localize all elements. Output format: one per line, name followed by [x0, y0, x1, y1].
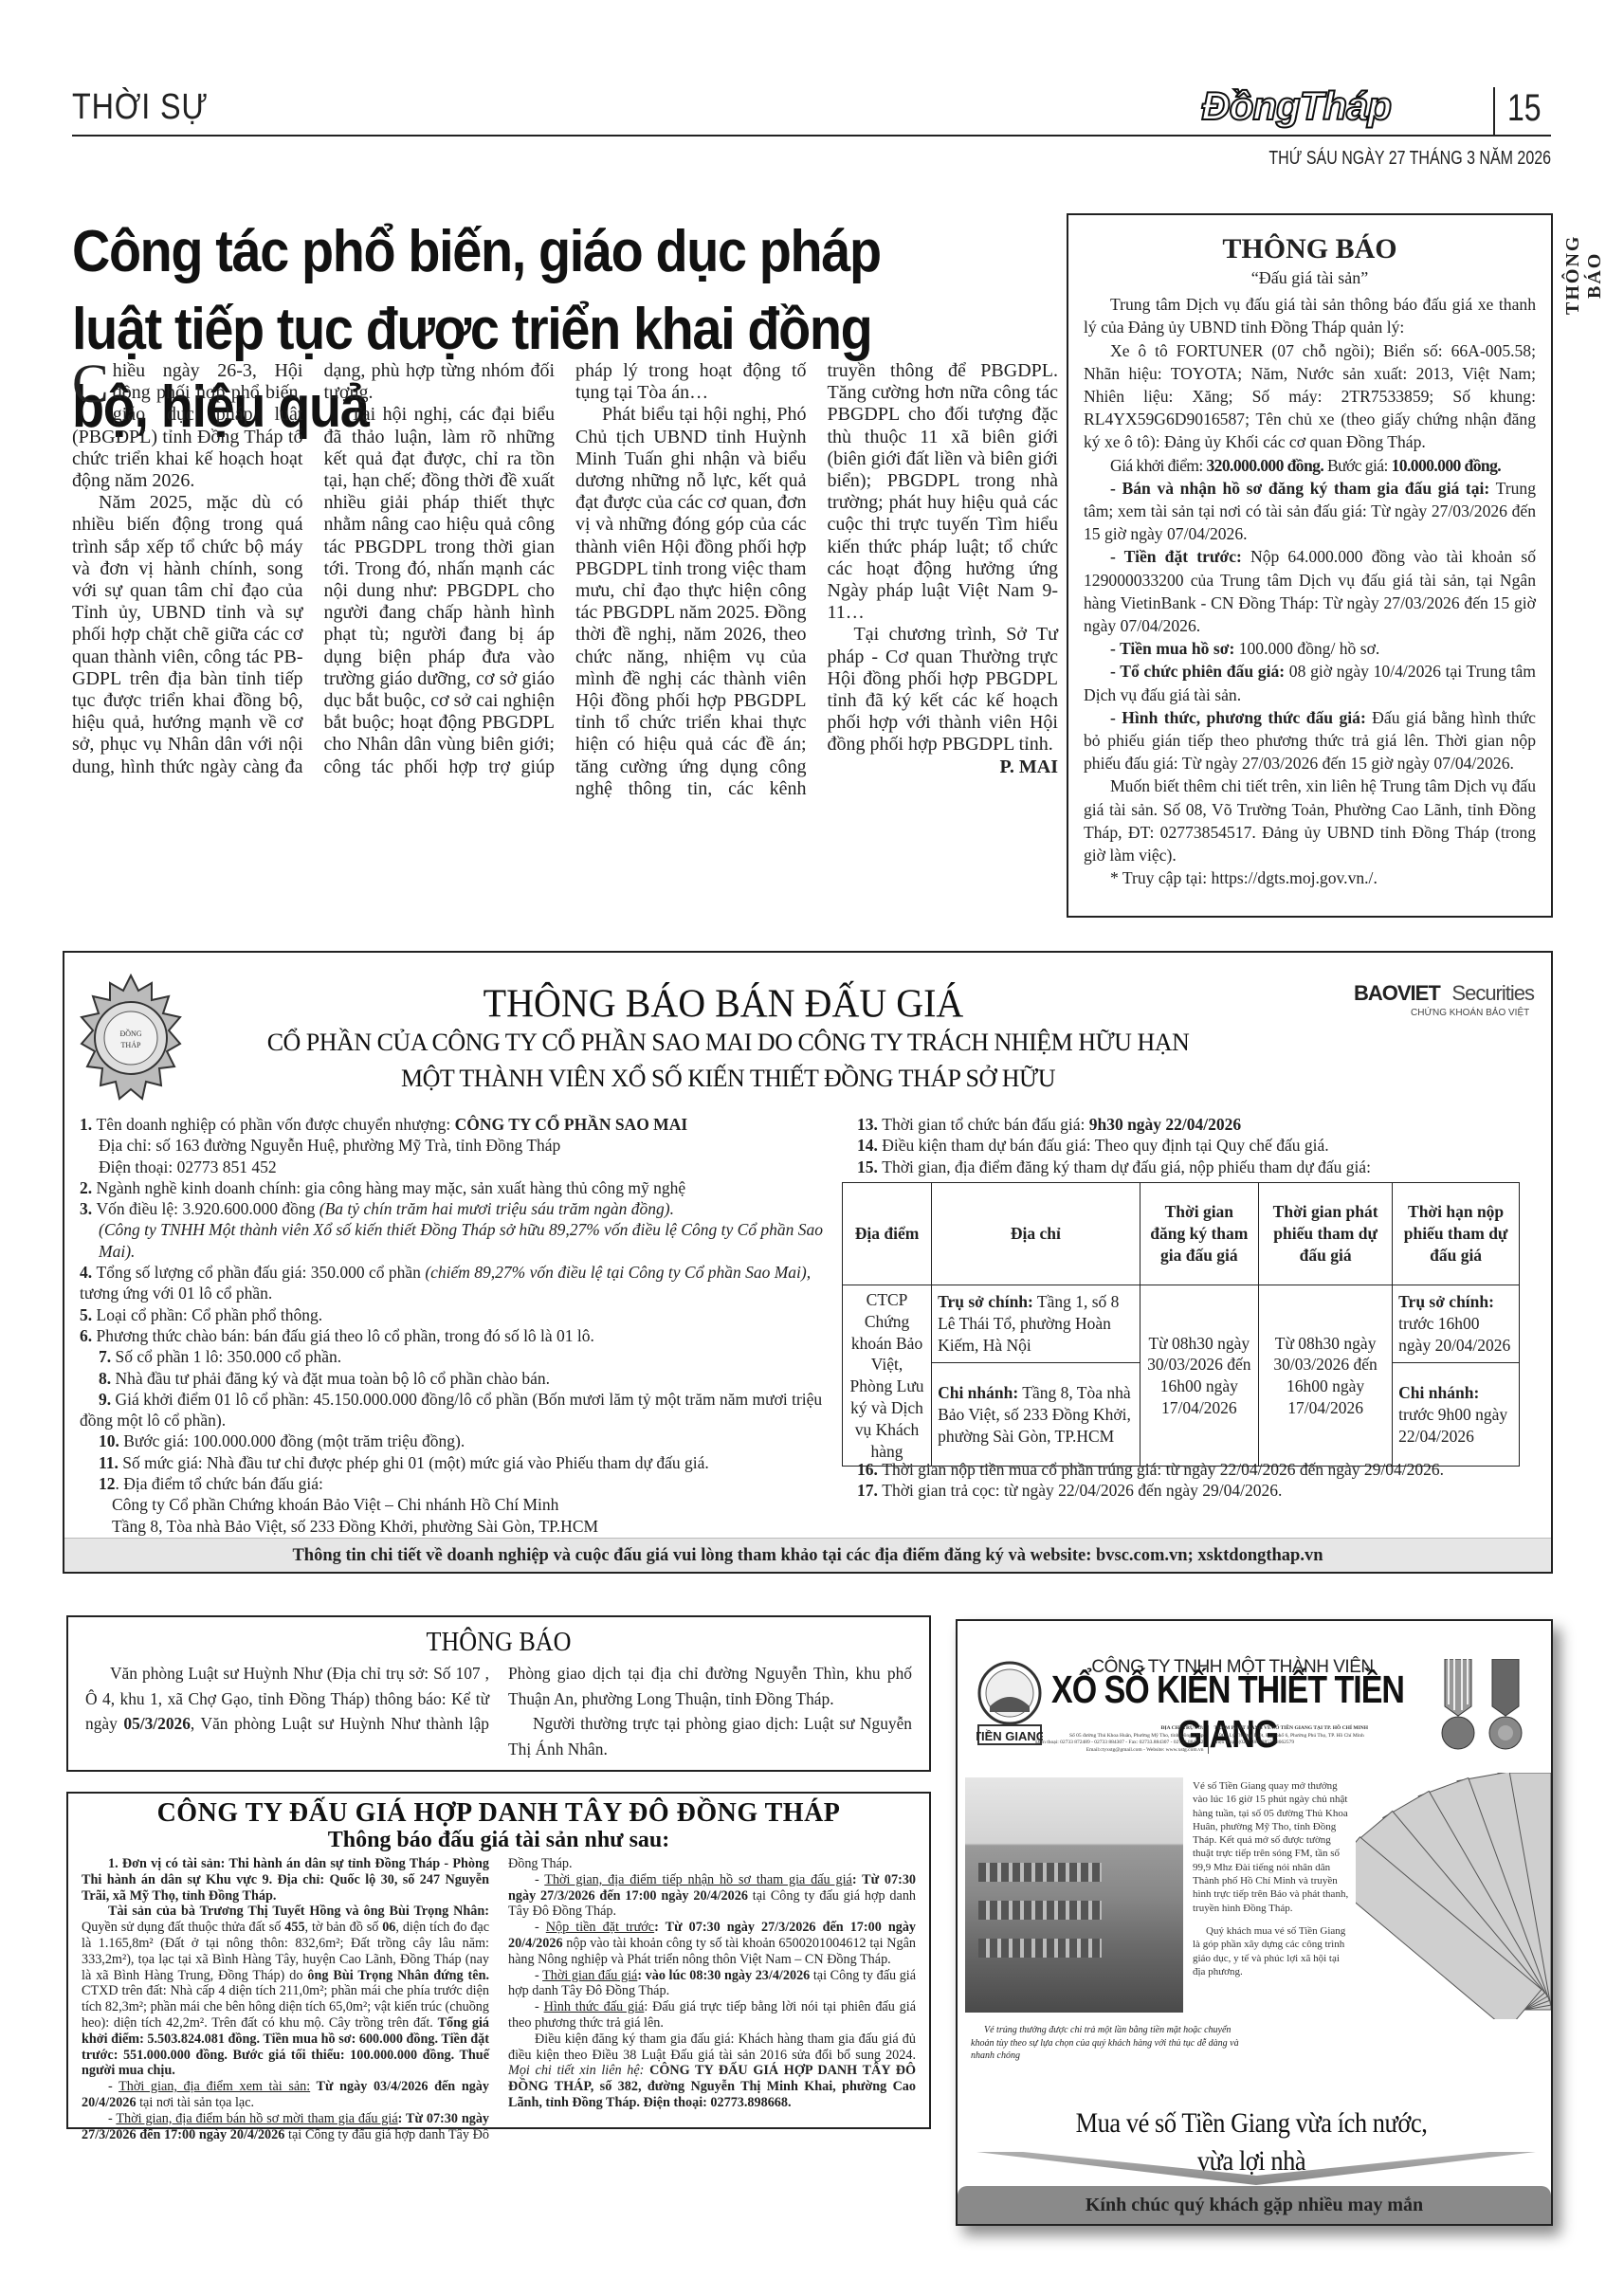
issue-date: THỨ SÁU NGÀY 27 THÁNG 3 NĂM 2026 — [1268, 148, 1551, 170]
article-byline: P. MAI — [828, 756, 1059, 778]
notice-paragraph: - Hình thức đấu giá: Đấu giá trực tiếp b… — [508, 1999, 916, 2032]
notice-subtitle: Thông báo đấu giá tài sản như sau: — [82, 1828, 916, 1852]
auction-terms-left: 1. Tên doanh nghiệp có phần vốn được chu… — [80, 1114, 838, 1537]
notice-paragraph: - Thời gian đấu giá: vào lúc 08:30 ngày … — [508, 1968, 916, 2000]
auction-title: THÔNG BÁO BÁN ĐẤU GIÁ — [226, 980, 1221, 1027]
cell-location: CTCP Chứng khoán Bảo Việt, Phòng Lưu ký … — [843, 1285, 932, 1467]
vehicle-auction-notice: THÔNG BÁO “Đấu giá tài sản” Trung tâm Dị… — [1067, 213, 1553, 918]
lottery-slogan: Mua vé số Tiền Giang vừa ích nước, vừa l… — [1067, 2105, 1434, 2180]
notice-paragraph: Điều kiện đăng ký tham gia đấu giá: Khác… — [508, 2032, 916, 2111]
medal-icon — [1488, 1659, 1523, 1754]
cell-issue-time: Từ 08h30 ngày 30/03/2026 đến 16h00 ngày … — [1259, 1285, 1393, 1467]
notice-access-link[interactable]: * Truy cập tại: https://dgts.moj.gov.vn.… — [1084, 866, 1536, 889]
registration-schedule-table: Địa điểm Địa chỉ Thời gian đăng ký tham … — [842, 1182, 1520, 1467]
cell-hq-deadline: Trụ sở chính: trước 16h00 ngày 20/04/202… — [1393, 1285, 1520, 1363]
svg-text:ĐỒNG: ĐỒNG — [119, 1029, 141, 1038]
notice-paragraph: - Thời gian, địa điểm tiếp nhận hồ sơ th… — [508, 1872, 916, 1920]
vehicle-details: Xe ô tô FORTUNER (07 chỗ ngồi); Biển số:… — [1084, 339, 1536, 454]
cell-branch-address: Chi nhánh: Tầng 8, Tòa nhà Bảo Việt, số … — [932, 1363, 1140, 1467]
notice-title: CÔNG TY ĐẤU GIÁ HỢP DANH TÂY ĐÔ ĐỒNG THÁ… — [82, 1799, 916, 1828]
notice-paragraph: Tài sản của bà Trương Thị Tuyết Hồng và … — [82, 1904, 489, 2079]
col-register-time: Thời gian đăng ký tham gia đấu giá — [1140, 1183, 1258, 1285]
masthead-divider — [1493, 87, 1495, 135]
lottery-footer-wish: Kính chúc quý khách gặp nhiều may mắn — [958, 2186, 1551, 2224]
notice-paragraph: 1. Đơn vị có tài sản: Thi hành án dân sự… — [82, 1856, 489, 1904]
notice-contact: Muốn biết thêm chi tiết trên, xin liên h… — [1084, 774, 1536, 866]
notice-paragraph: - Nộp tiền đặt trước: Từ 07:30 ngày 27/3… — [508, 1920, 916, 1967]
article-paragraph: Tại chương trình, Sở Tư pháp - Cơ quan T… — [828, 624, 1059, 756]
notice-title: THÔNG BÁO — [127, 1623, 871, 1661]
auction-term: 8. Nhà đầu tư phải đăng ký và đặt mua to… — [80, 1368, 838, 1389]
price-line: Giá khởi điểm: 320.000.000 đồng. Bước gi… — [1084, 454, 1536, 477]
section-label: THỜI SỰ — [72, 87, 209, 128]
auction-term: 4. Tổng số lượng cổ phần đấu giá: 350.00… — [80, 1262, 838, 1304]
article-body: Chiều ngày 26-3, Hội đồng phối hợp phổ b… — [72, 360, 1058, 910]
auction-term: 11. Số mức giá: Nhà đầu tư chỉ được phép… — [80, 1452, 838, 1473]
cell-register-time: Từ 08h30 ngày 30/03/2026 đến 16h00 ngày … — [1140, 1285, 1258, 1467]
notice-title: THÔNG BÁO — [1084, 232, 1536, 266]
auction-terms-right: 13. Thời gian tổ chức bán đấu giá: 9h30 … — [842, 1114, 1534, 1177]
lottery-emblem-icon: ĐỒNG THÁP — [80, 974, 182, 1106]
auction-term: 6. Phương thức chào bán: bán đấu giá the… — [80, 1325, 838, 1346]
auction-term: 12. Địa điểm tổ chức bán đấu giá: — [80, 1473, 838, 1494]
auction-term: 10. Bước giá: 100.000.000 đồng (một trăm… — [80, 1430, 838, 1451]
baoviet-securities-logo: BAOVIETSecurities CHỨNG KHOÁN BẢO VIỆT — [1354, 981, 1534, 1018]
auction-term: 9. Giá khởi điểm 01 lô cổ phần: 45.150.0… — [80, 1389, 838, 1431]
lottery-tickets-image — [1356, 1773, 1553, 2019]
auction-term: 15. Thời gian, địa điểm đăng ký tham dự … — [842, 1157, 1534, 1177]
page-number: 15 — [1507, 87, 1542, 130]
header-rule — [72, 135, 1551, 137]
newspaper-logo: ĐồngTháp — [1201, 83, 1391, 129]
auction-subtitle: CỔ PHẦN CỦA CÔNG TY CỔ PHẦN SAO MAI DO C… — [207, 1025, 1250, 1097]
col-address: Địa chỉ — [932, 1183, 1140, 1285]
lottery-contact-info: ĐỊA CHỈ TRỤ SỞ: Số 05 đường Thủ Khoa Huâ… — [995, 1725, 1422, 1754]
auction-term: 5. Loại cổ phần: Cổ phần phổ thông. — [80, 1304, 838, 1325]
cell-branch-deadline: Chi nhánh: trước 9h00 ngày 22/04/2026 — [1393, 1363, 1520, 1467]
col-issue-time: Thời gian phát phiếu tham dự đấu giá — [1259, 1183, 1393, 1285]
notice-item: - Tiền mua hồ sơ: 100.000 đồng/ hồ sơ. — [1084, 637, 1536, 660]
drop-cap: C — [72, 362, 109, 406]
auction-term: 13. Thời gian tổ chức bán đấu giá: 9h30 … — [842, 1114, 1534, 1135]
notice-item: - Hình thức, phương thức đấu giá: Đấu gi… — [1084, 706, 1536, 775]
taydo-auction-notice: CÔNG TY ĐẤU GIÁ HỢP DANH TÂY ĐÔ ĐỒNG THÁ… — [66, 1792, 931, 2129]
notice-item: - Tổ chức phiên đấu giá: 08 giờ ngày 10/… — [1084, 660, 1536, 705]
globe-icon — [1446, 981, 1447, 1006]
side-tab-label: THÔNG BÁO — [1562, 213, 1591, 337]
auction-term: 7. Số cổ phần 1 lô: 350.000 cổ phần. — [80, 1346, 838, 1367]
auction-term: 3. Vốn điều lệ: 3.920.600.000 đồng (Ba t… — [80, 1198, 838, 1219]
lottery-building-photo — [965, 1777, 1183, 2013]
auction-term: 2. Ngành nghề kinh doanh chính: gia công… — [80, 1177, 838, 1198]
auction-term: 16. Thời gian nộp tiền mua cổ phần trúng… — [857, 1459, 1521, 1480]
auction-footer-note: Thông tin chi tiết về doanh nghiệp và cu… — [64, 1538, 1551, 1572]
table-row: CTCP Chứng khoán Bảo Việt, Phòng Lưu ký … — [843, 1285, 1520, 1363]
notice-paragraph: Người thường trực tại phòng giao dịch: L… — [508, 1711, 912, 1761]
auction-term: 1. Tên doanh nghiệp có phần vốn được chu… — [80, 1114, 838, 1135]
notice-item: - Bán và nhận hồ sơ đăng ký tham gia đấu… — [1084, 477, 1536, 546]
lottery-description: Vé số Tiền Giang quay mở thưởng vào lúc … — [1193, 1779, 1349, 1978]
auction-term: 14. Điều kiện tham dự bán đấu giá: Theo … — [842, 1135, 1534, 1156]
notice-item: - Tiền đặt trước: Nộp 64.000.000 đồng và… — [1084, 545, 1536, 637]
col-deadline: Thời hạn nộp phiếu tham dự đấu giá — [1393, 1183, 1520, 1285]
table-header-row: Địa điểm Địa chỉ Thời gian đăng ký tham … — [843, 1183, 1520, 1285]
cell-hq-address: Trụ sở chính: Tầng 1, số 8 Lê Thái Tổ, p… — [932, 1285, 1140, 1363]
notice-subtitle: “Đấu giá tài sản” — [1084, 266, 1536, 289]
svg-text:THÁP: THÁP — [121, 1040, 141, 1049]
tien-giang-lottery-ad: TIỀN GIANG CÔNG TY TNHH MỘT THÀNH VIÊN X… — [956, 1619, 1553, 2226]
col-location: Địa điểm — [843, 1183, 932, 1285]
auction-term: 17. Thời gian trả cọc: từ ngày 22/04/202… — [857, 1480, 1521, 1501]
notice-paragraph: - Thời gian, địa điểm xem tài sản: Từ ng… — [82, 2079, 489, 2111]
share-auction-ad: ĐỒNG THÁP THÔNG BÁO BÁN ĐẤU GIÁ CỔ PHẦN … — [63, 951, 1553, 1574]
medal-icon — [1441, 1659, 1475, 1754]
lottery-payout-note: Vé trúng thưởng được chi trả một lần bằn… — [971, 2024, 1255, 2063]
notice-intro: Trung tâm Dịch vụ đấu giá tài sản thông … — [1084, 293, 1536, 338]
article-lead: Chiều ngày 26-3, Hội đồng phối hợp phổ b… — [72, 360, 303, 492]
lawyer-office-notice: THÔNG BÁO Văn phòng Luật sư Huỳnh Như (Đ… — [66, 1615, 931, 1772]
